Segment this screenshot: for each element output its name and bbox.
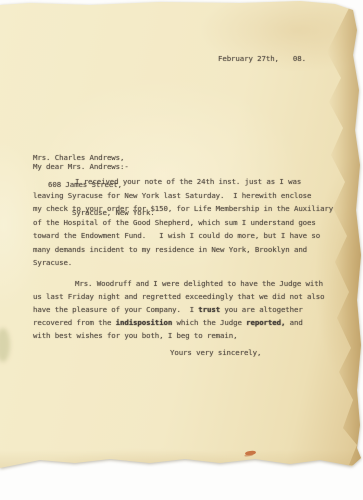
closing-line: Yours very sincerely, (170, 348, 261, 357)
letter-year: 08. (293, 54, 306, 63)
paragraph-2: Mrs. Woodruff and I were delighted to ha… (33, 278, 339, 343)
emphasized-word: indisposition (116, 318, 173, 327)
letter-line: leaving Syracuse for New York last Satur… (33, 189, 339, 203)
letter-line: Syracuse. (33, 256, 339, 270)
letter-line: my check to your order for $150, for Lif… (33, 202, 339, 216)
paper-sheet: February 27th,08. Mrs. Charles Andrews, … (0, 0, 363, 500)
stain-mark (0, 328, 10, 362)
emphasized-word: trust (198, 305, 220, 314)
letter-date: February 27th, (218, 54, 279, 63)
salutation: My dear Mrs. Andrews:- (33, 162, 129, 171)
emphasized-word: reported, (246, 318, 285, 327)
ink-spot (245, 450, 256, 455)
letter-line: toward the Endowment Fund. I wish I coul… (33, 229, 339, 243)
letter-line: many demands incident to my residence in… (33, 243, 339, 257)
letter-line: of the Hospital of the Good Shepherd, wh… (33, 216, 339, 230)
letter-scan: February 27th,08. Mrs. Charles Andrews, … (0, 0, 363, 500)
line-segment: recovered from the (33, 318, 116, 327)
line-segment: have the pleasure of your Company. I (33, 305, 198, 314)
letter-line: I received your note of the 24th inst. j… (33, 175, 339, 189)
letter-line: recovered from the indisposition which t… (33, 317, 339, 330)
line-segment: you are altogether (220, 305, 303, 314)
line-segment: and (285, 318, 302, 327)
letter-line: with best wishes for you both, I beg to … (33, 330, 339, 343)
recipient-name: Mrs. Charles Andrews, (33, 153, 155, 162)
date-line: February 27th,08. (218, 54, 306, 63)
letter-line: us last Friday night and regretted excee… (33, 291, 339, 304)
line-segment: which the Judge (172, 318, 246, 327)
letter-line: Mrs. Woodruff and I were delighted to ha… (33, 278, 339, 291)
letter-line: have the pleasure of your Company. I tru… (33, 304, 339, 317)
paragraph-1: I received your note of the 24th inst. j… (33, 175, 339, 270)
